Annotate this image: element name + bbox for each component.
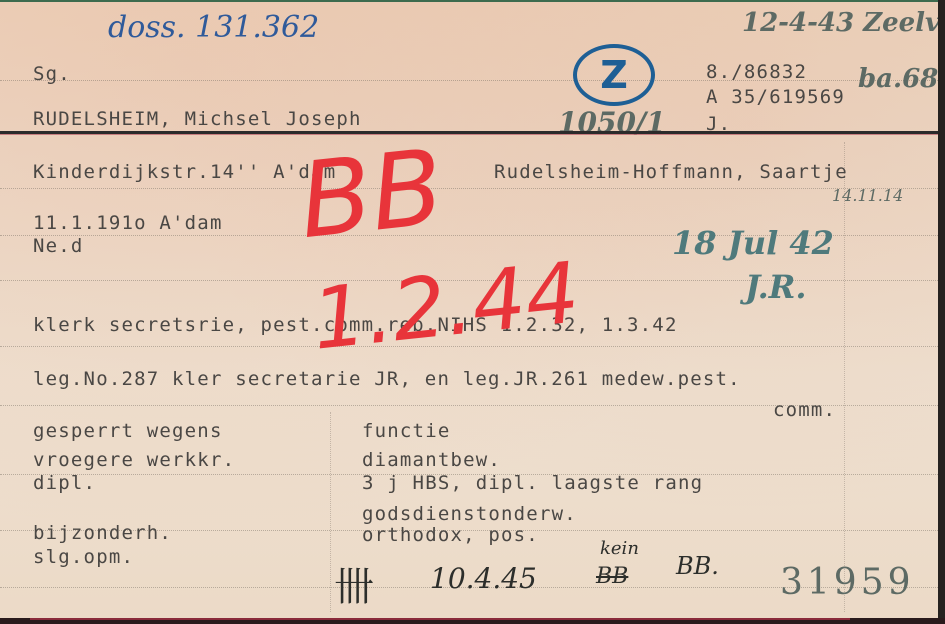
- struck-note: BB: [596, 564, 628, 589]
- reference-number-2: A 35/619569: [706, 87, 845, 107]
- top-right-note: 12-4-43 Zeelv: [742, 8, 940, 38]
- value-function: functie: [362, 421, 450, 441]
- spouse-name: Rudelsheim-Hoffmann, Saartje: [494, 162, 848, 182]
- date-note: 18 Jul 42: [672, 224, 834, 262]
- label-previous-work: vroegere werkkr.: [33, 450, 235, 470]
- nationality: Ne.d: [33, 236, 84, 256]
- card-number: 31959: [780, 562, 915, 603]
- circled-z-letter: Z: [600, 53, 628, 97]
- handwritten-over: kein: [600, 538, 639, 559]
- spouse-birthdate: 14.11.14: [832, 186, 903, 205]
- dossier-note: doss. 131.362: [108, 10, 319, 45]
- ruling-line: [0, 188, 938, 189]
- address: Kinderdijkstr.14'' A'dam: [33, 162, 336, 182]
- footer-note: BB.: [676, 552, 719, 580]
- value-diploma-1: 3 j HBS, dipl. laagste rang: [362, 473, 703, 493]
- birth-date-place: 11.1.191o A'dam: [33, 213, 223, 233]
- label-diploma: dipl.: [33, 473, 96, 493]
- person-name: RUDELSHEIM, Michsel Joseph: [33, 109, 362, 129]
- red-pencil-bb: BB: [295, 135, 448, 253]
- card-edge-bottom: [0, 618, 945, 624]
- death-symbol: 卌: [334, 555, 374, 612]
- value-diploma-2: godsdienstonderw.: [362, 504, 577, 524]
- value-previous-work: diamantbew.: [362, 450, 501, 470]
- header-divider: [0, 131, 938, 134]
- occupation-line-2-cont: comm.: [773, 400, 836, 420]
- column-rule: [844, 142, 845, 612]
- circled-z-mark: Z: [573, 44, 655, 106]
- occupation-line-2: leg.No.287 kler secretarie JR, en leg.JR…: [33, 369, 741, 389]
- column-rule: [330, 412, 331, 612]
- index-card: doss. 131.362 Sg. RUDELSHEIM, Michsel Jo…: [0, 0, 938, 620]
- date-note-initials: J.R.: [745, 268, 807, 306]
- top-right-note-2: ba.68: [858, 64, 938, 94]
- label-blocked: gesperrt wegens: [33, 421, 223, 441]
- card-edge-right: [938, 0, 945, 624]
- reference-number-1: 8./86832: [706, 62, 807, 82]
- death-date: 10.4.45: [430, 562, 537, 595]
- label-particulars: bijzonderh.: [33, 523, 172, 543]
- label-general-remarks: slg.opm.: [33, 547, 134, 567]
- prefix: Sg.: [33, 64, 71, 84]
- value-particulars: orthodox, pos.: [362, 525, 539, 545]
- red-pencil-date: 1.2.44: [308, 250, 583, 361]
